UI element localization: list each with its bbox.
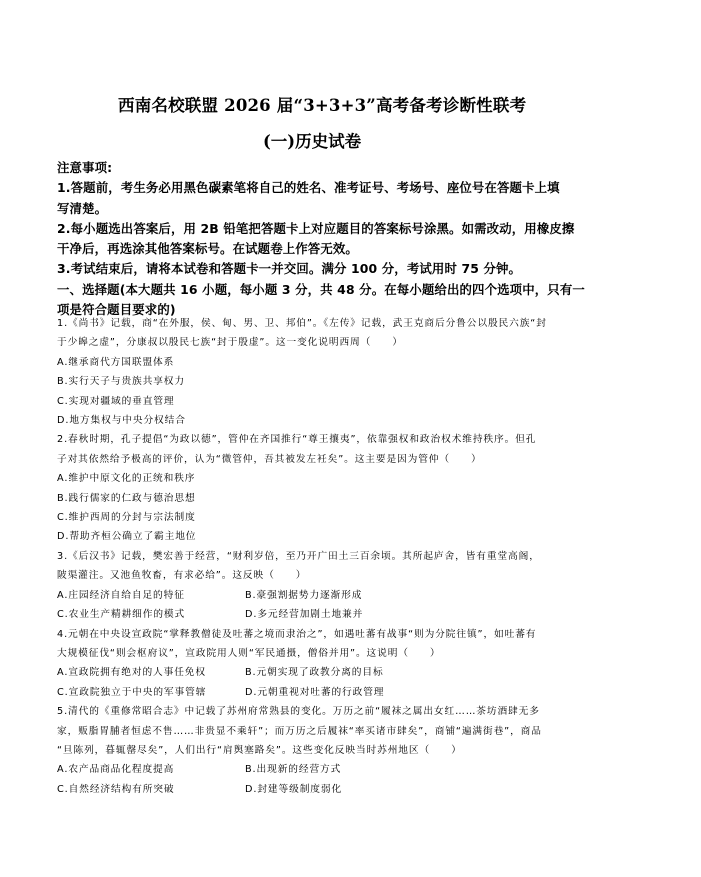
option-a: A.农产品商品化程度提高 (57, 760, 245, 779)
exam-page: 西南名校联盟 2026 届“3+3+3”高考备考诊断性联考 (一)历史试卷 注意… (0, 0, 701, 877)
option-b: B.元朝实现了政教分离的目标 (245, 663, 384, 682)
question-stem: 子对其依然给予极高的评价，认为“微管仲，吾其被发左衽矣”。这主要是因为管仲（ ） (57, 450, 577, 469)
question-stem: 2.春秋时期，孔子提倡“为政以德”，管仲在齐国推行“尊王攘夷”，依靠强权和政治权… (57, 430, 577, 449)
options-row: A.农产品商品化程度提高 B.出现新的经营方式 (57, 760, 577, 779)
instructions-section: 注意事项: 1.答题前，考生务必用黑色碳素笔将自己的姓名、准考证号、考场号、座位… (57, 158, 577, 320)
option-a: A.庄园经济自给自足的特征 (57, 586, 245, 605)
question-4: 4.元朝在中央设宣政院“掌释教僧徒及吐蕃之境而隶治之”，如遇吐蕃有战事“则为分院… (57, 625, 577, 703)
exam-subtitle: (一)历史试卷 (263, 128, 361, 152)
section-heading: 一、选择题(本大题共 16 小题，每小题 3 分，共 48 分。在每小题给出的四… (57, 280, 577, 300)
question-stem: 大规模征伐“则会枢府议”，宣政院用人则“军民通摄，僧俗并用”。这说明（ ） (57, 644, 577, 663)
question-stem: 1.《尚书》记载，商“在外服，侯、甸、男、卫、邦伯”。《左传》记载，武王克商后分… (57, 314, 577, 333)
options-row: C.农业生产精耕细作的模式 D.多元经营加剧土地兼并 (57, 605, 577, 624)
option-b: B.实行天子与贵族共享权力 (57, 372, 577, 391)
option-d: D.封建等级制度弱化 (245, 780, 342, 799)
option-c: C.实现对疆域的垂直管理 (57, 392, 577, 411)
option-b: B.豪强割据势力逐渐形成 (245, 586, 362, 605)
question-stem: 4.元朝在中央设宣政院“掌释教僧徒及吐蕃之境而隶治之”，如遇吐蕃有战事“则为分院… (57, 625, 577, 644)
instruction-line: 2.每小题选出答案后，用 2B 铅笔把答题卡上对应题目的答案标号涂黑。如需改动，… (57, 219, 577, 239)
question-stem: 5.清代的《重修常昭合志》中记载了苏州府常熟县的变化。万历之前“履袜之属出女红…… (57, 702, 577, 721)
question-stem: 于少皞之虚”，分康叔以殷民七族“封于殷虚”。这一变化说明西周（ ） (57, 333, 577, 352)
option-d: D.元朝重视对吐蕃的行政管理 (245, 683, 384, 702)
instruction-line: 3.考试结束后，请将本试卷和答题卡一并交回。满分 100 分，考试用时 75 分… (57, 259, 577, 279)
instructions-heading: 注意事项: (57, 158, 577, 178)
options-row: A.庄园经济自给自足的特征 B.豪强割据势力逐渐形成 (57, 586, 577, 605)
option-c: C.自然经济结构有所突破 (57, 780, 245, 799)
option-d: D.地方集权与中央分权结合 (57, 411, 577, 430)
instruction-line: 写清楚。 (57, 199, 577, 219)
question-2: 2.春秋时期，孔子提倡“为政以德”，管仲在齐国推行“尊王攘夷”，依靠强权和政治权… (57, 430, 577, 546)
question-stem: 陂渠灌注。又池鱼牧畜，有求必给”。这反映（ ） (57, 566, 577, 585)
option-a: A.继承商代方国联盟体系 (57, 353, 577, 372)
options-row: C.自然经济结构有所突破 D.封建等级制度弱化 (57, 780, 577, 799)
exam-title: 西南名校联盟 2026 届“3+3+3”高考备考诊断性联考 (118, 92, 588, 116)
question-3: 3.《后汉书》记载，樊宏善于经营，“财利岁倍，至乃开广田土三百余顷。其所起庐舍，… (57, 547, 577, 625)
question-stem: “旦陈列，暮辄罄尽矣”，人们出行“肩舆塞路矣”。这些变化反映当时苏州地区（ ） (57, 741, 577, 760)
option-d: D.多元经营加剧土地兼并 (245, 605, 363, 624)
option-b: B.践行儒家的仁政与德治思想 (57, 489, 577, 508)
instruction-line: 1.答题前，考生务必用黑色碳素笔将自己的姓名、准考证号、考场号、座位号在答题卡上… (57, 178, 577, 198)
option-c: C.宣政院独立于中央的军事管辖 (57, 683, 245, 702)
option-a: A.维护中原文化的正统和秩序 (57, 469, 577, 488)
question-1: 1.《尚书》记载，商“在外服，侯、甸、男、卫、邦伯”。《左传》记载，武王克商后分… (57, 314, 577, 430)
option-c: C.维护西周的分封与宗法制度 (57, 508, 577, 527)
instruction-line: 干净后，再选涂其他答案标号。在试题卷上作答无效。 (57, 239, 577, 259)
option-c: C.农业生产精耕细作的模式 (57, 605, 245, 624)
option-a: A.宣政院拥有绝对的人事任免权 (57, 663, 245, 682)
questions-list: 1.《尚书》记载，商“在外服，侯、甸、男、卫、邦伯”。《左传》记载，武王克商后分… (57, 314, 577, 799)
question-stem: 家，贩脂胃脯者恒虑不售……非贵显不乘轩”；而万历之后履袜“率买诸市肆矣”，商铺“… (57, 722, 577, 741)
options-row: A.宣政院拥有绝对的人事任免权 B.元朝实现了政教分离的目标 (57, 663, 577, 682)
options-row: C.宣政院独立于中央的军事管辖 D.元朝重视对吐蕃的行政管理 (57, 683, 577, 702)
question-5: 5.清代的《重修常昭合志》中记载了苏州府常熟县的变化。万历之前“履袜之属出女红…… (57, 702, 577, 799)
question-stem: 3.《后汉书》记载，樊宏善于经营，“财利岁倍，至乃开广田土三百余顷。其所起庐舍，… (57, 547, 577, 566)
option-d: D.帮助齐桓公确立了霸主地位 (57, 527, 577, 546)
option-b: B.出现新的经营方式 (245, 760, 341, 779)
